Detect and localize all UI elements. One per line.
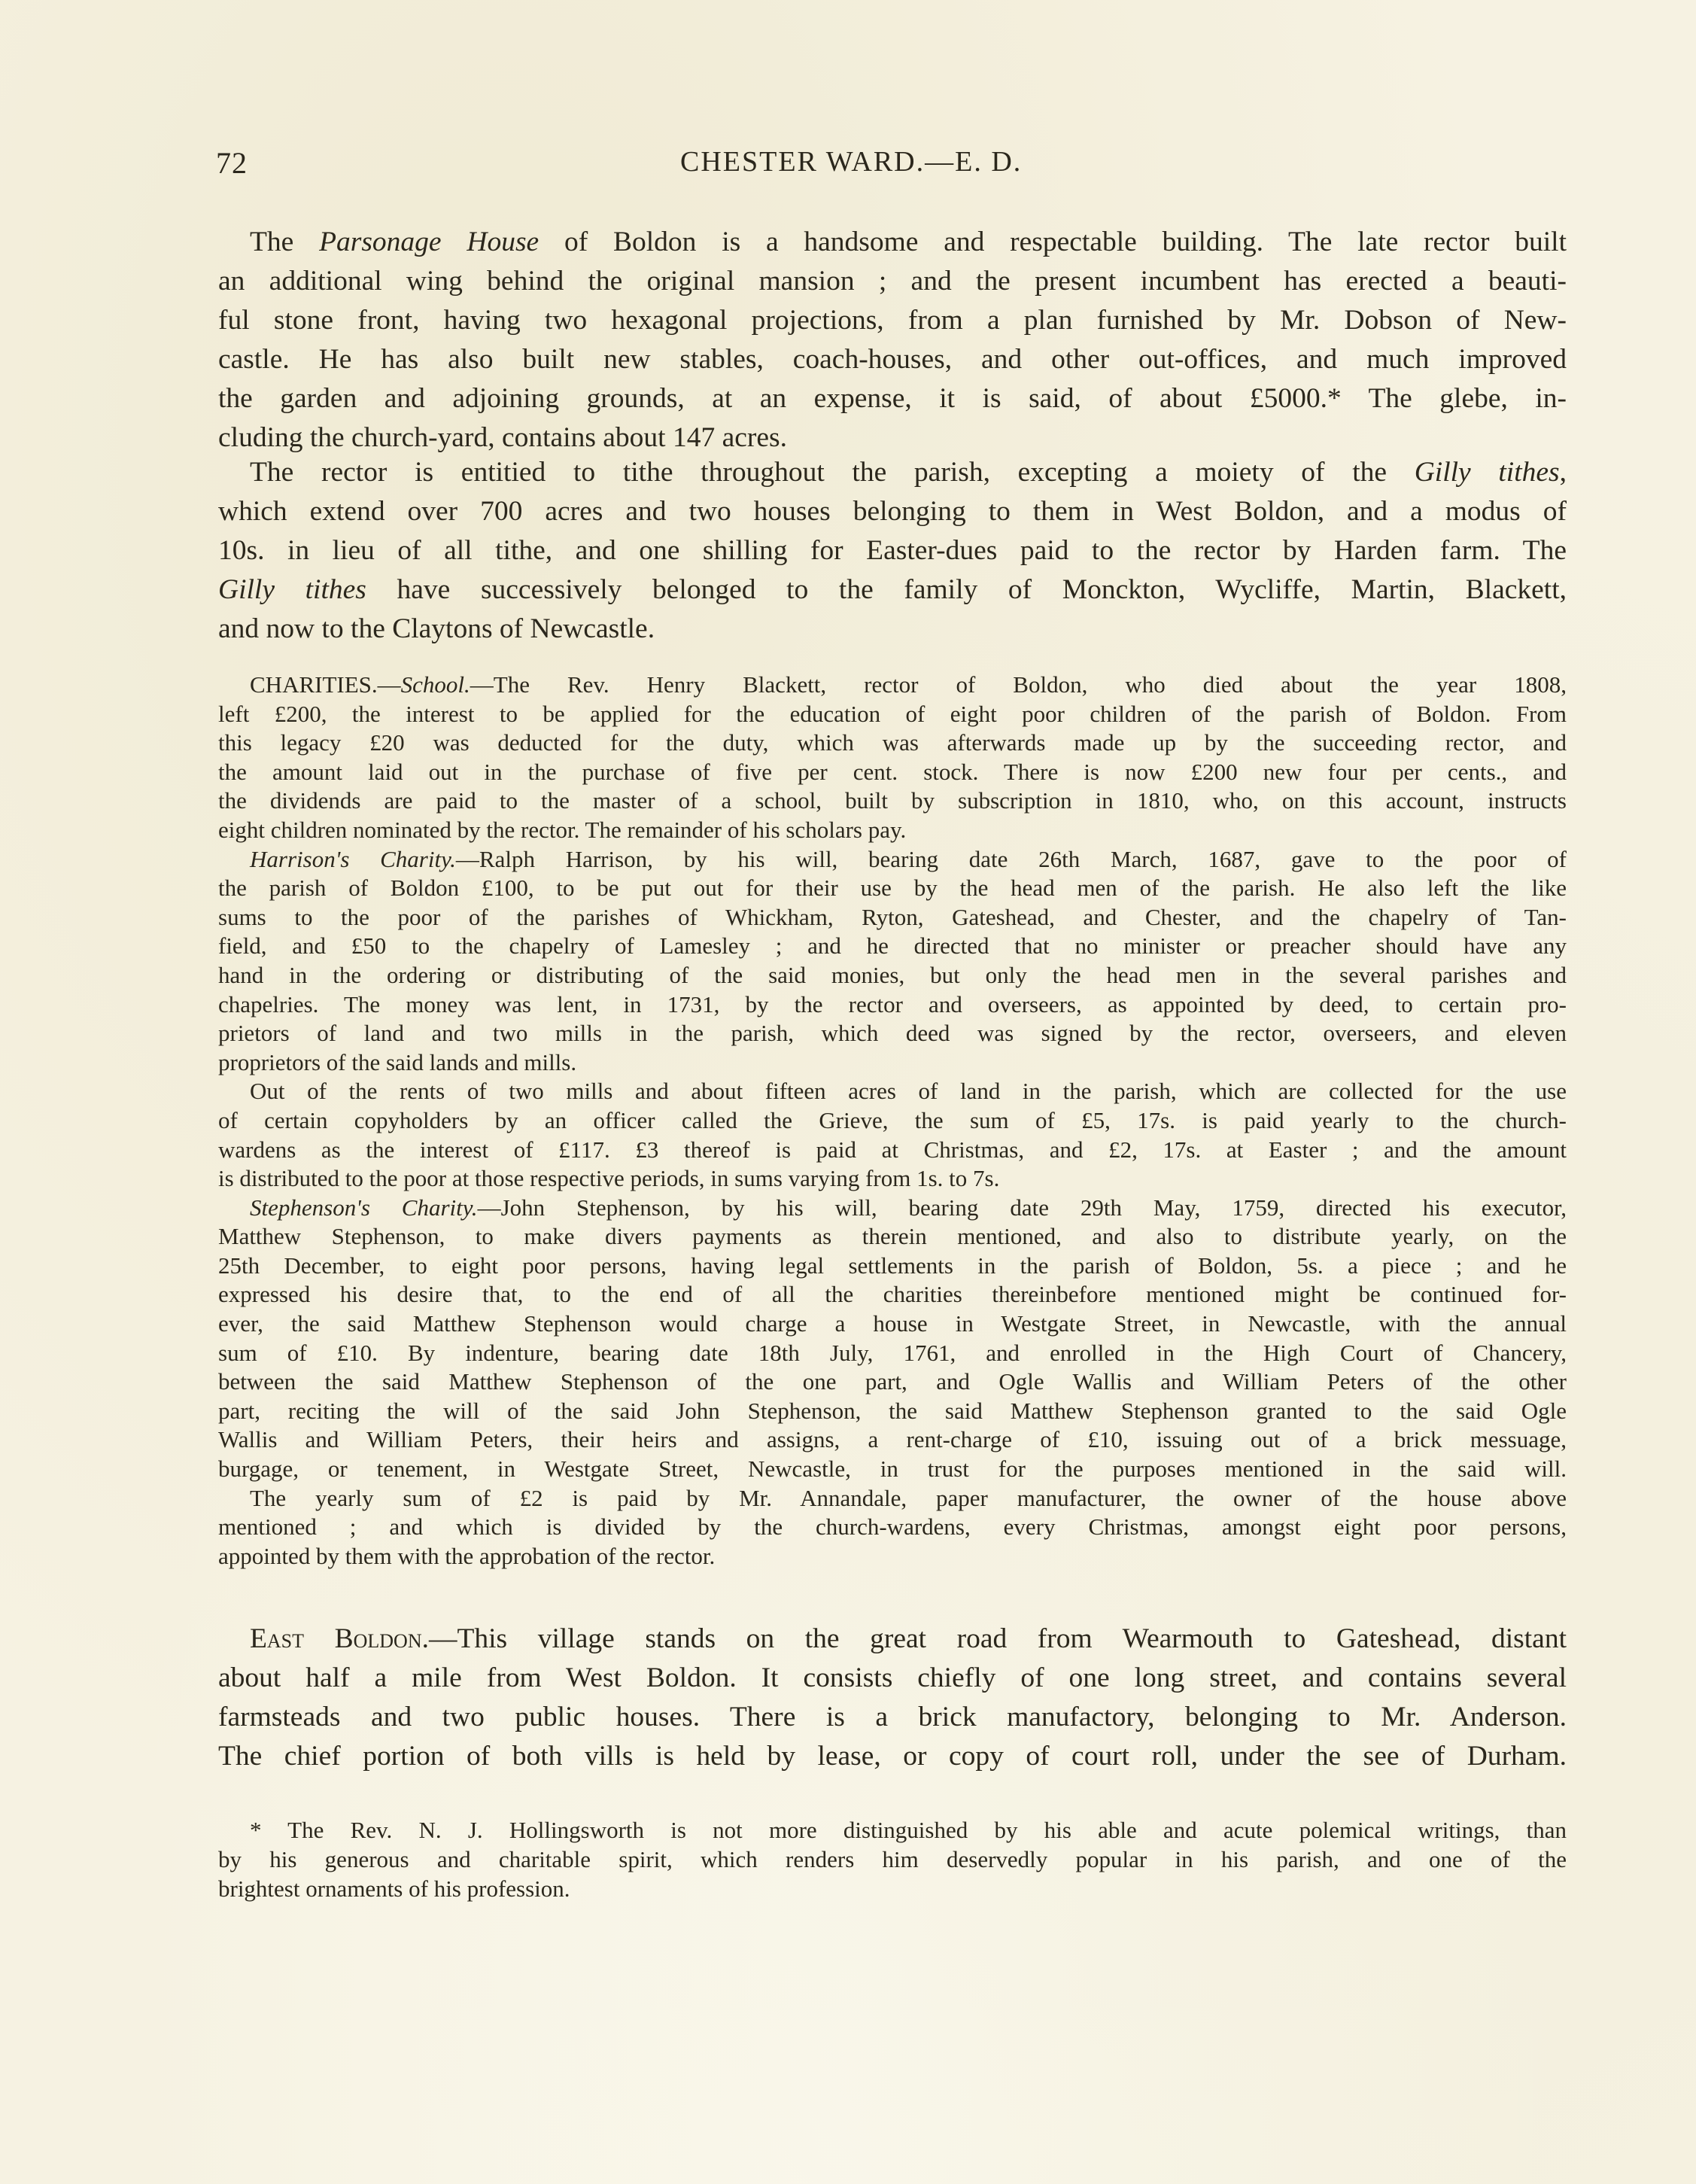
italic-term: Stephenson's Charity.	[250, 1194, 478, 1221]
paragraph-parsonage-house: The Parsonage House of Boldon is a hands…	[218, 223, 1567, 458]
text-line: The rector is entitied to tithe througho…	[218, 453, 1567, 492]
text-line: burgage, or tenement, in Westgate Street…	[218, 1455, 1567, 1484]
small-caps-heading: East Boldon.	[250, 1623, 429, 1654]
text-line: cluding the church-yard, contains about …	[218, 418, 1567, 458]
text-line: about half a mile from West Boldon. It c…	[218, 1659, 1567, 1698]
text-line: this legacy £20 was deducted for the dut…	[218, 729, 1567, 758]
text-line: farmsteads and two public houses. There …	[218, 1698, 1567, 1737]
text-line: an additional wing behind the original m…	[218, 262, 1567, 301]
page-number: 72	[216, 145, 248, 181]
text-line: eight children nominated by the rector. …	[218, 816, 1567, 845]
italic-term: Gilly tithes	[1415, 457, 1560, 488]
text-line: Out of the rents of two mills and about …	[218, 1077, 1567, 1106]
footnote-line: brightest ornaments of his profession.	[218, 1874, 1567, 1903]
text-line: East Boldon.—This village stands on the …	[218, 1620, 1567, 1659]
text-line: wardens as the interest of £117. £3 ther…	[218, 1136, 1567, 1165]
text-line: Wallis and William Peters, their heirs a…	[218, 1425, 1567, 1455]
text-line: The chief portion of both vills is held …	[218, 1737, 1567, 1776]
running-head: 72 CHESTER WARD.—E. D.	[216, 145, 1570, 183]
text-line: Gilly tithes have successively belonged …	[218, 570, 1567, 610]
text-line: between the said Matthew Stephenson of t…	[218, 1367, 1567, 1397]
text-line: proprietors of the said lands and mills.	[218, 1048, 1567, 1078]
text-line: ever, the said Matthew Stephenson would …	[218, 1309, 1567, 1339]
text-line: mentioned ; and which is divided by the …	[218, 1513, 1567, 1542]
text-line: is distributed to the poor at those resp…	[218, 1164, 1567, 1194]
text-line: appointed by them with the approbation o…	[218, 1542, 1567, 1571]
text-line: sums to the poor of the parishes of Whic…	[218, 903, 1567, 932]
text-line: the amount laid out in the purchase of f…	[218, 758, 1567, 787]
text-line: chapelries. The money was lent, in 1731,…	[218, 990, 1567, 1020]
book-page: 72 CHESTER WARD.—E. D. The Parsonage Hou…	[0, 0, 1696, 2184]
text-line: field, and £50 to the chapelry of Lamesl…	[218, 932, 1567, 961]
footnote-line: by his generous and charitable spirit, w…	[218, 1845, 1567, 1874]
italic-term: Gilly tithes	[218, 574, 366, 605]
text-line: prietors of land and two mills in the pa…	[218, 1019, 1567, 1048]
text-line: sum of £10. By indenture, bearing date 1…	[218, 1339, 1567, 1368]
text-line: and now to the Claytons of Newcastle.	[218, 610, 1567, 649]
text-line: the parish of Boldon £100, to be put out…	[218, 874, 1567, 903]
text-line: hand in the ordering or distributing of …	[218, 961, 1567, 990]
text-line: Matthew Stephenson, to make divers payme…	[218, 1222, 1567, 1252]
text-line: 10s. in lieu of all tithe, and one shill…	[218, 531, 1567, 570]
running-title: CHESTER WARD.—E. D.	[680, 145, 1022, 178]
footnote: * The Rev. N. J. Hollingsworth is not mo…	[218, 1815, 1567, 1903]
text-line: The Parsonage House of Boldon is a hands…	[218, 223, 1567, 262]
text-line: which extend over 700 acres and two hous…	[218, 492, 1567, 531]
text-line: CHARITIES.—School.—The Rev. Henry Blacke…	[218, 671, 1567, 700]
text-line: the garden and adjoining grounds, at an …	[218, 379, 1567, 418]
italic-term: School.	[401, 671, 470, 698]
text-line: Stephenson's Charity.—John Stephenson, b…	[218, 1194, 1567, 1223]
text-line: The yearly sum of £2 is paid by Mr. Anna…	[218, 1484, 1567, 1513]
text-line: left £200, the interest to be applied fo…	[218, 700, 1567, 729]
italic-term: Harrison's Charity.	[250, 846, 456, 872]
text-line: expressed his desire that, to the end of…	[218, 1280, 1567, 1309]
italic-term: Parsonage House	[319, 227, 539, 257]
section-charities: CHARITIES.—School.—The Rev. Henry Blacke…	[218, 671, 1567, 1571]
text-line: of certain copyholders by an officer cal…	[218, 1106, 1567, 1136]
text-line: 25th December, to eight poor persons, ha…	[218, 1252, 1567, 1281]
text-line: castle. He has also built new stables, c…	[218, 340, 1567, 379]
text-line: part, reciting the will of the said John…	[218, 1397, 1567, 1426]
footnote-line: * The Rev. N. J. Hollingsworth is not mo…	[218, 1815, 1567, 1845]
text-line: ful stone front, having two hexagonal pr…	[218, 301, 1567, 340]
paragraph-east-boldon: East Boldon.—This village stands on the …	[218, 1620, 1567, 1776]
paragraph-tithes: The rector is entitied to tithe througho…	[218, 453, 1567, 649]
text-line: the dividends are paid to the master of …	[218, 786, 1567, 816]
text-line: Harrison's Charity.—Ralph Harrison, by h…	[218, 845, 1567, 875]
